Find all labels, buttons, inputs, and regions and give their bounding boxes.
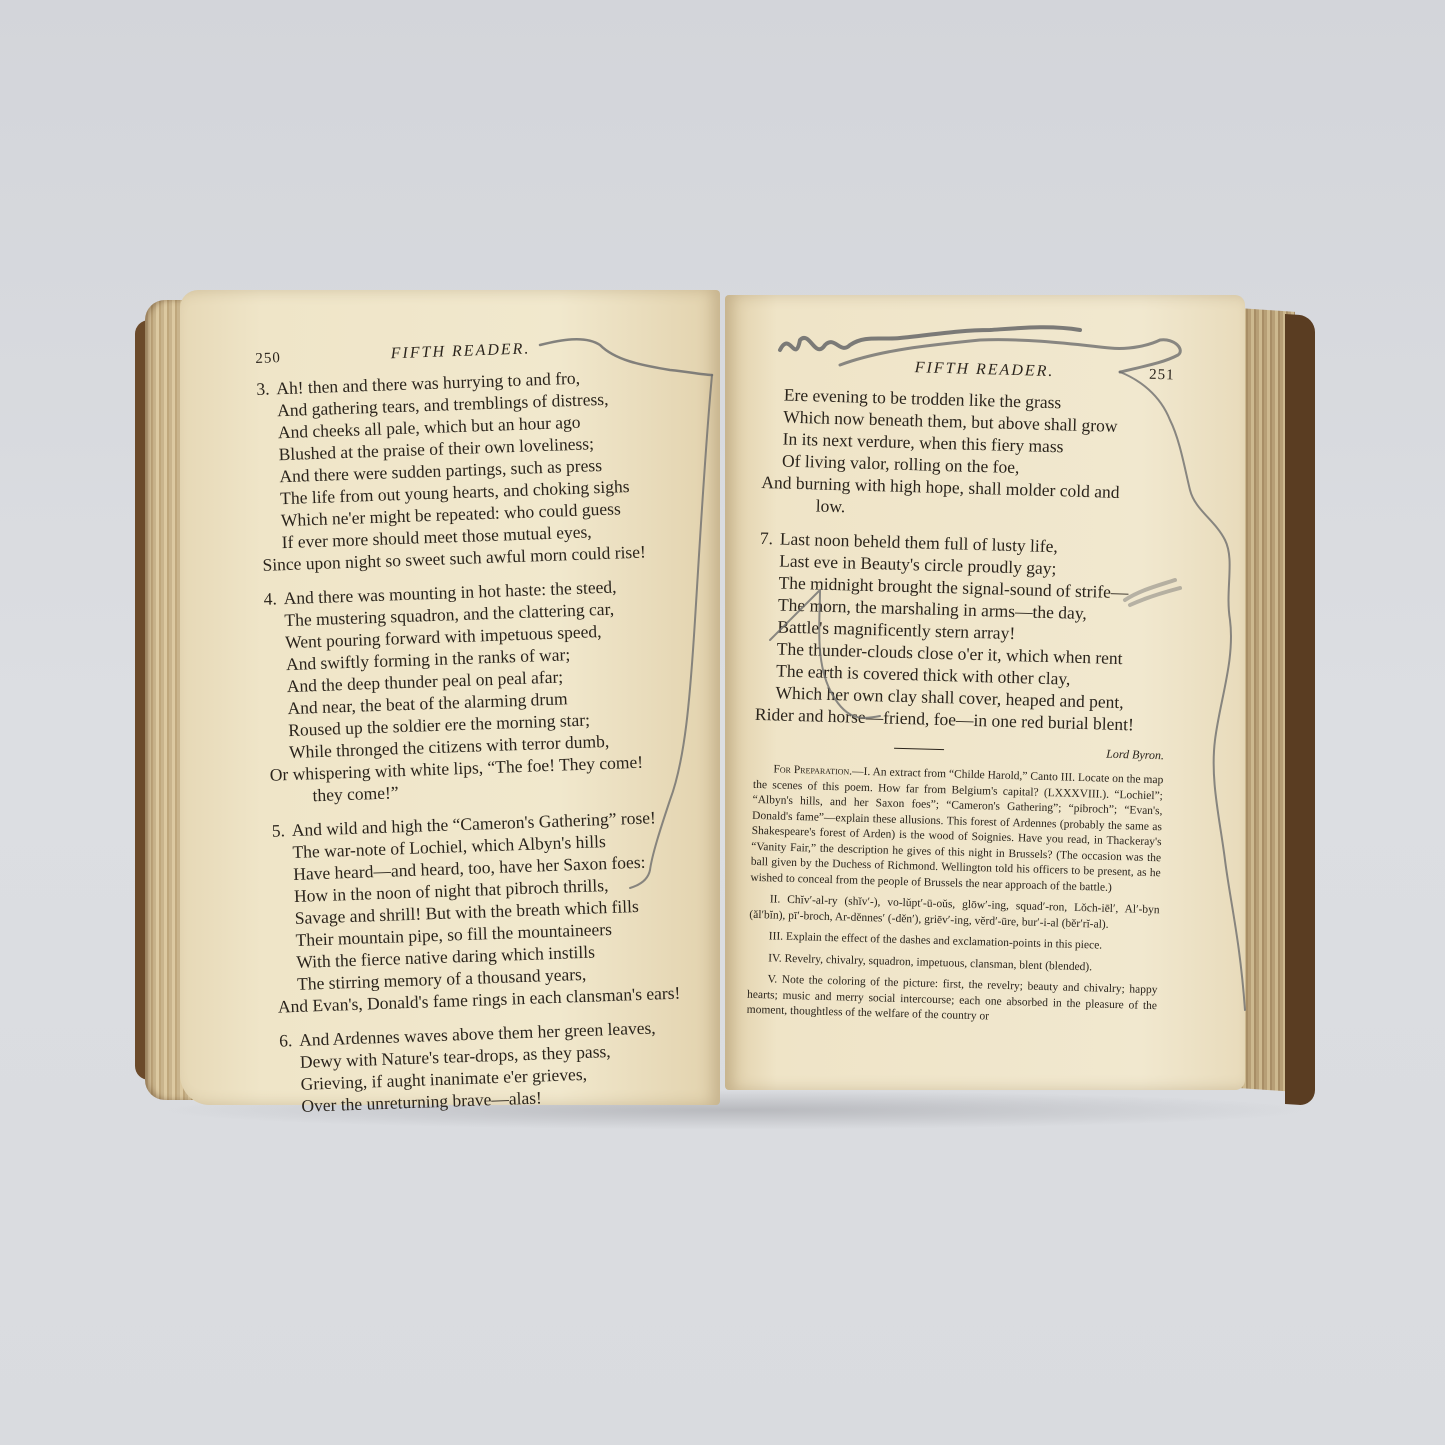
running-head-title: FIFTH READER. (914, 359, 1054, 381)
note-text: —I. An extract from “Childe Harold,” Can… (750, 766, 1163, 894)
stanza-6: 6.And Ardennes waves above them her gree… (279, 1014, 722, 1117)
note-i: For Preparation.—I. An extract from “Chi… (750, 762, 1163, 897)
stanza-number: 6. (279, 1029, 300, 1052)
stanza-7: 7.Last noon beheld them full of lusty li… (755, 527, 1170, 736)
stanza-4: 4.And there was mounting in hot haste: t… (263, 572, 710, 807)
study-notes: For Preparation.—I. An extract from “Chi… (746, 762, 1163, 1030)
right-page-text: FIFTH READER. 251 Ere evening to be trod… (746, 355, 1175, 1036)
stanza-6-continued: Ere evening to be trodden like the grass… (761, 383, 1175, 526)
open-book: 250 FIFTH READER. 3.Ah! then and there w… (135, 290, 1335, 1110)
right-cover (1285, 314, 1315, 1106)
running-head-title: FIFTH READER. (390, 340, 530, 363)
stanza-5: 5.And wild and high the “Cameron's Gathe… (271, 804, 718, 1017)
attribution-row: Lord Byron. (754, 737, 1164, 763)
note-v: V. Note the coloring of the picture: fir… (746, 972, 1157, 1030)
divider-rule (894, 748, 944, 750)
stanza-number: 5. (271, 819, 292, 842)
page-number-right: 251 (1149, 367, 1175, 385)
stanza-3: 3.Ah! then and there was hurrying to and… (256, 363, 703, 576)
stanza-number: 7. (760, 527, 781, 550)
note-ii: II. Chĭv′-al-ry (shĭv′-), vo-lŭpt′-ū-oŭs… (749, 892, 1160, 934)
page-number-left: 250 (255, 350, 281, 368)
stanza-number: 4. (263, 587, 284, 610)
stanza-number: 3. (256, 377, 277, 400)
left-page-text: 250 FIFTH READER. 3.Ah! then and there w… (255, 335, 722, 1130)
author-attribution: Lord Byron. (1106, 747, 1164, 764)
notes-heading: For Preparation. (773, 763, 852, 777)
